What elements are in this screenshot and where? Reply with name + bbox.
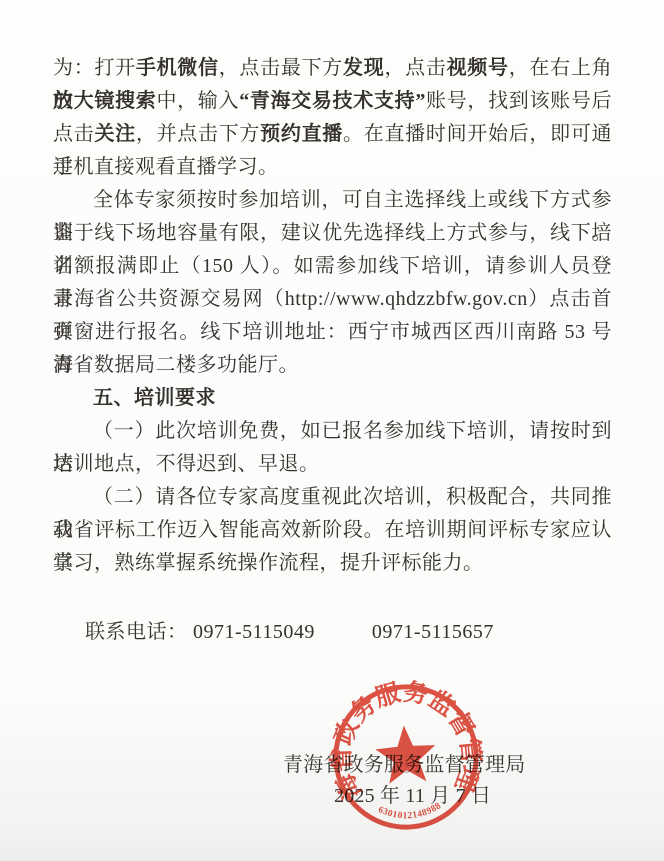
star-icon	[374, 723, 438, 784]
contact-phone-1: 0971-5115049	[193, 621, 315, 643]
document-line: 名额报满即止（150 人）。如需参加线下培训，请参训人员登录	[53, 250, 612, 283]
document-line: 学习，熟练掌握系统操作流程，提升评标能力。	[53, 547, 612, 580]
document-line: 青海省公共资源交易网（http://www.qhdzzbfw.gov.cn）点击…	[53, 283, 612, 316]
document-line: （一）此次培训免费，如已报名参加线下培训，请按时到达	[53, 415, 612, 448]
document-line: 海省数据局二楼多功能厅。	[53, 349, 612, 382]
document-line: 放大镜搜索中，输入“青海交易技术支持”账号，找到该账号后	[53, 85, 612, 118]
document-line: （二）请各位专家高度重视此次培训，积极配合，共同推动	[53, 481, 612, 514]
document-line: 为：打开手机微信，点击最下方发现，点击视频号，在右上角的	[53, 52, 612, 85]
contact-phone-2: 0971-5115657	[372, 621, 494, 643]
document-page: 为：打开手机微信，点击最下方发现，点击视频号，在右上角的放大镜搜索中，输入“青海…	[0, 0, 664, 861]
document-line: 我省评标工作迈入智能高效新阶段。在培训期间评标专家应认真	[53, 514, 612, 547]
document-line: 鉴于线下场地容量有限，建议优先选择线上方式参与，线下培训	[53, 217, 612, 250]
document-body: 为：打开手机微信，点击最下方发现，点击视频号，在右上角的放大镜搜索中，输入“青海…	[53, 52, 612, 580]
document-line: 点击关注，并点击下方预约直播。在直播时间开始后，即可通过	[53, 118, 612, 151]
document-line: 全体专家须按时参加培训，可自主选择线上或线下方式参训。	[53, 184, 612, 217]
contact-line: 联系电话： 0971-5115049 0971-5115657	[85, 615, 494, 644]
document-line: 五、培训要求	[53, 382, 612, 415]
document-line: 弹窗进行报名。线下培训地址：西宁市城西区西川南路 53 号青	[53, 316, 612, 349]
official-seal: 青海省政务服务监督管理局 6301012148988	[322, 673, 491, 842]
contact-label: 联系电话：	[85, 621, 188, 643]
document-line: 培训地点，不得迟到、早退。	[53, 448, 612, 481]
document-line: 手机直接观看直播学习。	[53, 151, 612, 184]
